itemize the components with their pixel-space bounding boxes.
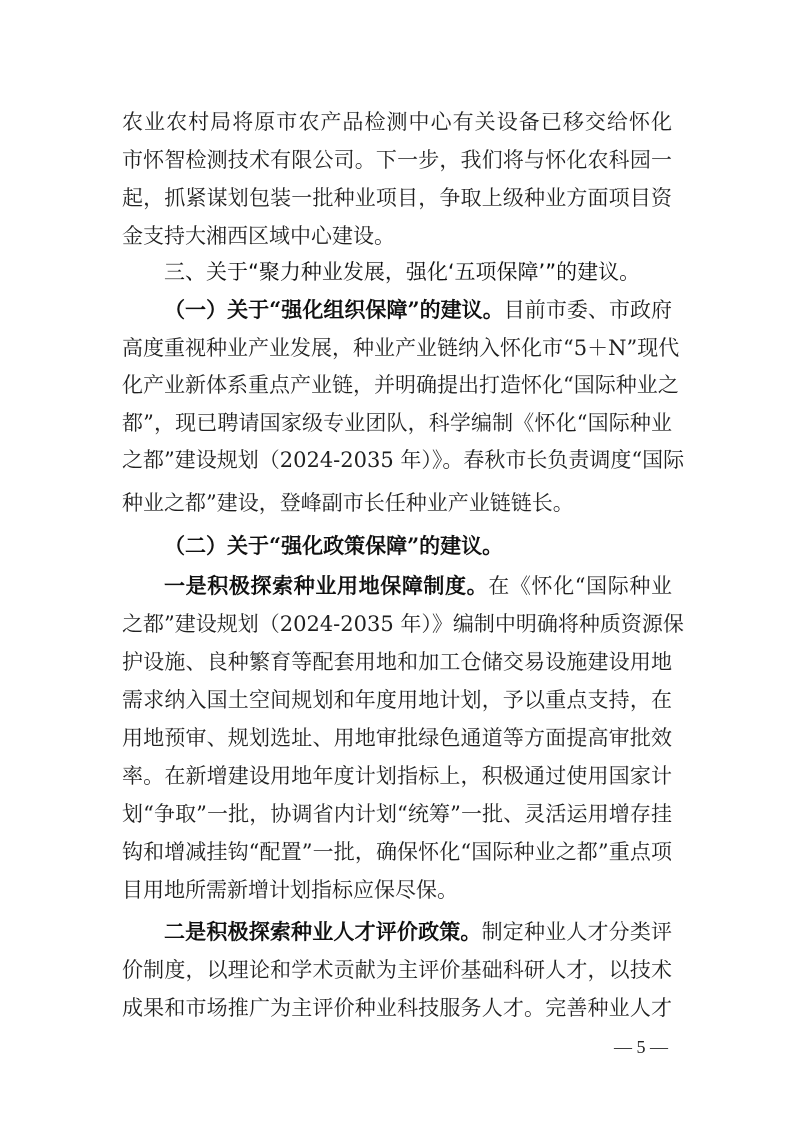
body-text: 化产业新体系重点产业链，并明确提出打造怀化“国际种业之 xyxy=(122,373,679,397)
body-text: 都”，现已聘请国家级专业团队，科学编制《怀化“国际种业 xyxy=(122,411,672,435)
point-line: 二是积极探索种业人才评价政策。制定种业人才分类评 xyxy=(164,913,672,951)
body-text: 农业农村局将原市农产品检测中心有关设备已移交给怀化 xyxy=(122,110,672,134)
body-line: 划“争取”一批，协调省内计划“统筹”一批、灵活运用增存挂 xyxy=(122,795,672,833)
body-line: 农业农村局将原市农产品检测中心有关设备已移交给怀化 xyxy=(122,103,672,141)
body-line: 用地预审、规划选址、用地审批绿色通道等方面提高审批效 xyxy=(122,719,672,757)
body-line: 价制度，以理论和学术贡献为主评价基础科研人才，以技术 xyxy=(122,951,672,989)
body-text: 钩和增减挂钩“配置”一批，确保怀化“国际种业之都”重点项 xyxy=(122,840,672,864)
body-line: 钩和增减挂钩“配置”一批，确保怀化“国际种业之都”重点项 xyxy=(122,833,672,871)
body-text: 之都”建设规划（2024-2035 年）》编制中明确将种质资源保 xyxy=(122,612,684,636)
body-line: 目用地所需新增计划指标应保尽保。 xyxy=(122,871,672,909)
point-line: 一是积极探索种业用地保障制度。在《怀化“国际种业 xyxy=(164,567,672,605)
body-line: 种业之都”建设，登峰副市长任种业产业链链长。 xyxy=(122,484,672,522)
body-text: 需求纳入国土空间规划和年度用地计划，予以重点支持，在 xyxy=(122,688,672,712)
body-text: 价制度，以理论和学术贡献为主评价基础科研人才，以技术 xyxy=(122,958,672,982)
page-number: — 5 — xyxy=(606,1034,676,1060)
body-text: 目用地所需新增计划指标应保尽保。 xyxy=(122,878,458,902)
body-line: 都”，现已聘请国家级专业团队，科学编制《怀化“国际种业 xyxy=(122,404,672,442)
body-text: 率。在新增建设用地年度计划指标上，积极通过使用国家计 xyxy=(122,764,672,788)
body-line: 高度重视种业产业发展，种业产业链纳入怀化市“5＋N”现代 xyxy=(122,329,672,367)
body-line: 市怀智检测技术有限公司。下一步，我们将与怀化农科园一 xyxy=(122,141,672,179)
body-line: 需求纳入国土空间规划和年度用地计划，予以重点支持，在 xyxy=(122,681,672,719)
document-page: 农业农村局将原市农产品检测中心有关设备已移交给怀化 市怀智检测技术有限公司。下一… xyxy=(0,0,793,1122)
body-text: 护设施、良种繁育等配套用地和加工仓储交易设施建设用地 xyxy=(122,650,672,674)
point-heading: 一是积极探索种业用地保障制度。 xyxy=(164,573,488,598)
body-line: 成果和市场推广为主评价种业科技服务人才。完善种业人才 xyxy=(122,989,672,1027)
body-text: 金支持大湘西区域中心建设。 xyxy=(122,224,395,248)
body-line: 起，抓紧谋划包装一批种业项目，争取上级种业方面项目资 xyxy=(122,179,672,217)
body-text: 起，抓紧谋划包装一批种业项目，争取上级种业方面项目资 xyxy=(122,186,672,210)
body-line: 之都”建设规划（2024-2035 年）》。春秋市长负责调度“国际 xyxy=(122,441,672,479)
body-text: 目前市委、市政府 xyxy=(504,298,672,322)
body-line: 之都”建设规划（2024-2035 年）》编制中明确将种质资源保 xyxy=(122,605,672,643)
subsection-line: （一）关于“强化组织保障”的建议。目前市委、市政府 xyxy=(164,291,672,329)
section-heading: 三、关于“聚力种业发展，强化‘五项保障’”的建议。 xyxy=(164,253,672,291)
section-heading-text: 三、关于“聚力种业发展，强化‘五项保障’”的建议。 xyxy=(164,260,640,284)
subsection-heading: （一）关于“强化组织保障”的建议。 xyxy=(164,297,504,322)
subsection-heading: （二）关于“强化政策保障”的建议。 xyxy=(164,533,503,558)
body-line: 化产业新体系重点产业链，并明确提出打造怀化“国际种业之 xyxy=(122,366,672,404)
subsection-line: （二）关于“强化政策保障”的建议。 xyxy=(164,527,672,565)
body-text: 市怀智检测技术有限公司。下一步，我们将与怀化农科园一 xyxy=(122,148,672,172)
body-text: 高度重视种业产业发展，种业产业链纳入怀化市“5＋N”现代 xyxy=(122,336,679,360)
body-text: 成果和市场推广为主评价种业科技服务人才。完善种业人才 xyxy=(122,996,672,1020)
body-line: 护设施、良种繁育等配套用地和加工仓储交易设施建设用地 xyxy=(122,643,672,681)
body-text: 种业之都”建设，登峰副市长任种业产业链链长。 xyxy=(122,491,574,515)
point-heading: 二是积极探索种业人才评价政策。 xyxy=(164,919,482,944)
body-text: 在《怀化“国际种业 xyxy=(488,574,672,598)
body-line: 金支持大湘西区域中心建设。 xyxy=(122,217,672,255)
body-text: 划“争取”一批，协调省内计划“统筹”一批、灵活运用增存挂 xyxy=(122,802,672,826)
body-text: 制定种业人才分类评 xyxy=(482,920,672,944)
body-text: 用地预审、规划选址、用地审批绿色通道等方面提高审批效 xyxy=(122,726,672,750)
body-text: 之都”建设规划（2024-2035 年）》。春秋市长负责调度“国际 xyxy=(122,448,684,472)
body-line: 率。在新增建设用地年度计划指标上，积极通过使用国家计 xyxy=(122,757,672,795)
